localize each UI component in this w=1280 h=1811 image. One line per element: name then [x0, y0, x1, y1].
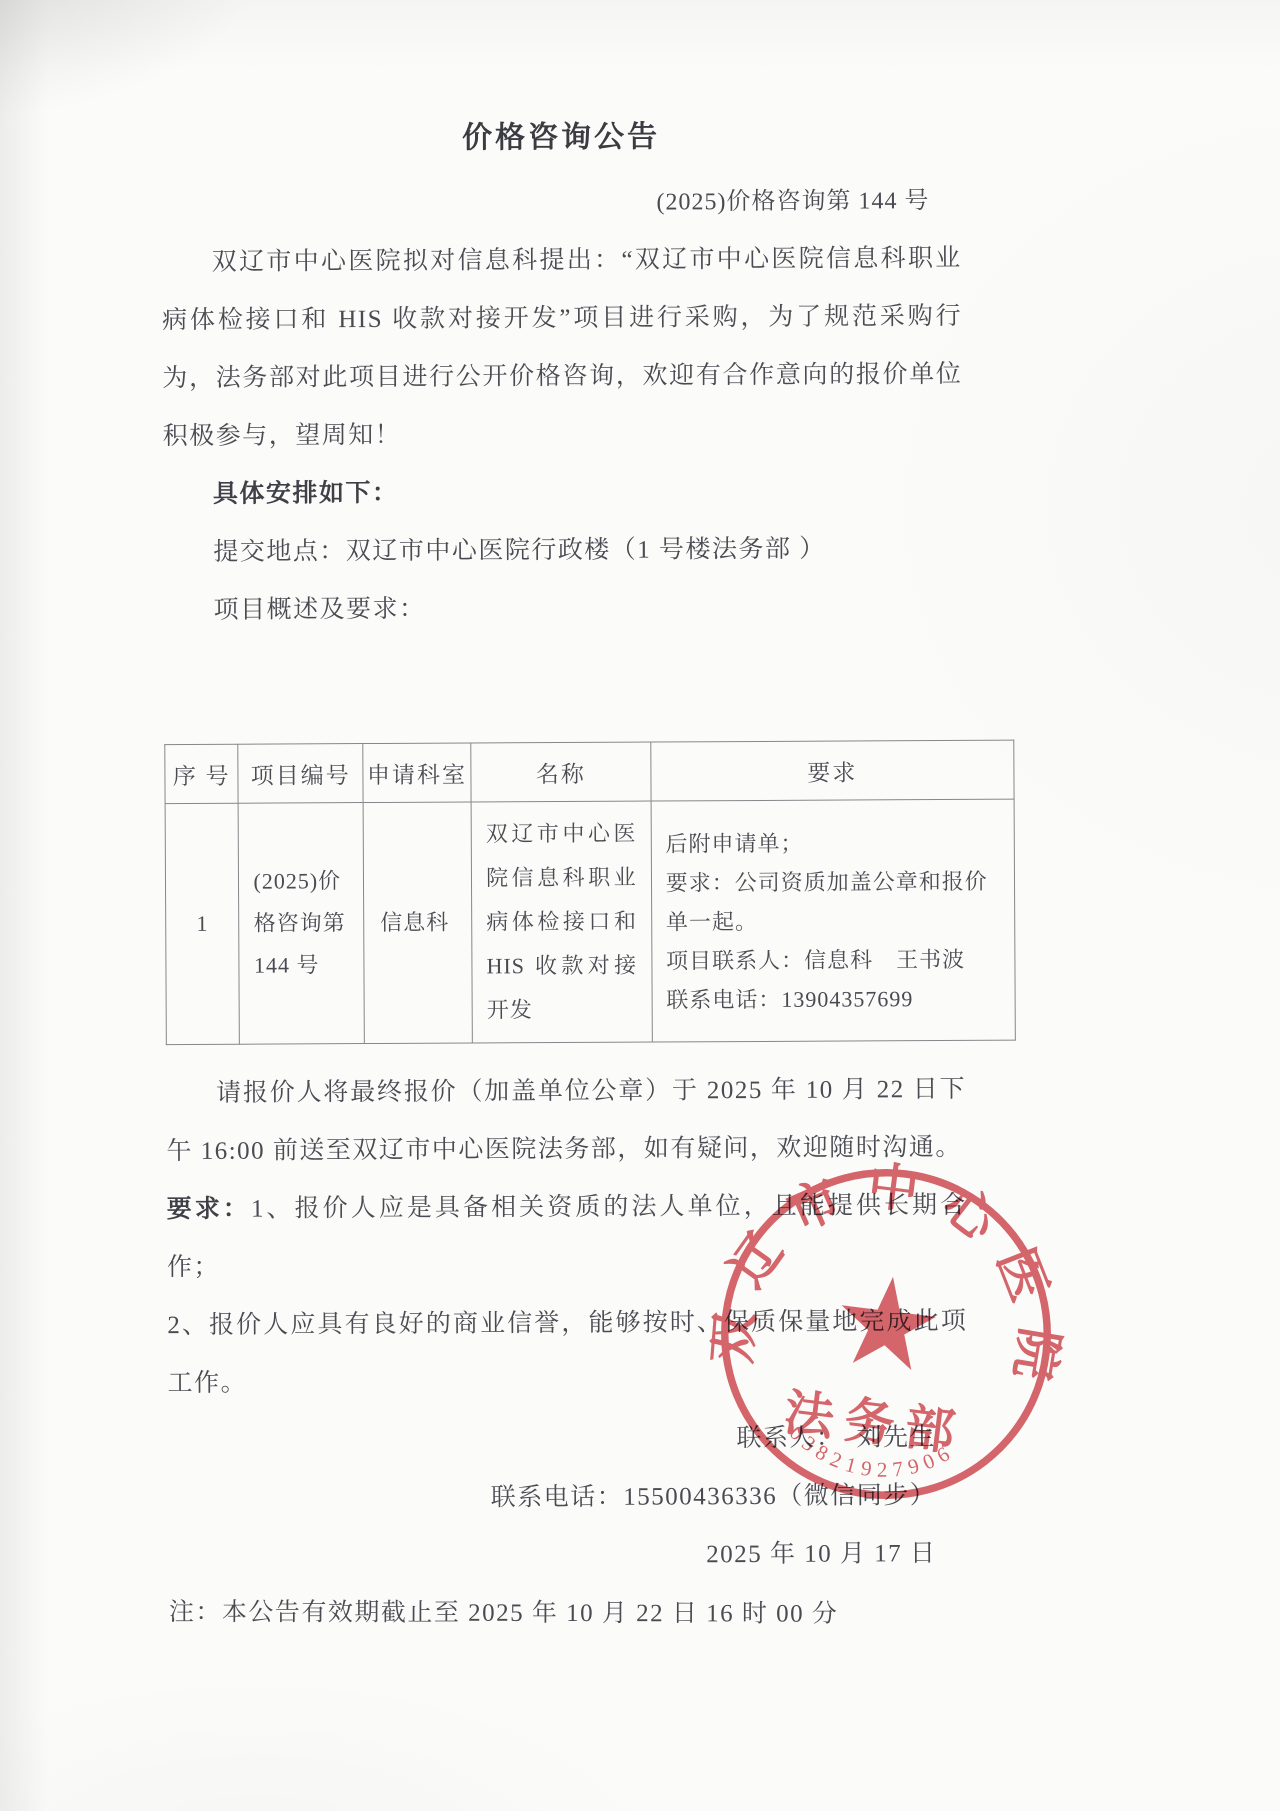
table-header-row: 序 号 项目编号 申请科室 名称 要求: [165, 740, 1014, 803]
validity-note: 注：本公告有效期截止至 2025 年 10 月 22 日 16 时 00 分: [169, 1584, 969, 1644]
requirement-line: 要求：公司资质加盖公章和报价单一起。: [666, 861, 1007, 941]
contact-person-line: 联系人： 刘先生: [168, 1409, 968, 1471]
cell-department: 信息科: [363, 802, 472, 1044]
requirement-2-line: 2、报价人应具有良好的商业信誉，能够按时、保质保量地完成此项工作。: [167, 1293, 968, 1413]
requirement-line: 后附申请单；: [665, 822, 1005, 863]
submit-location-line: 提交地点：双辽市中心医院行政楼（1 号楼法务部 ）: [163, 520, 963, 582]
requirement-line: 联系电话：13904357699: [666, 978, 1006, 1019]
header-project-no: 项目编号: [238, 744, 363, 804]
intro-paragraph: 双辽市中心医院拟对信息科提出：“双辽市中心医院信息科职业病体检接口和 HIS 收…: [162, 230, 963, 466]
requirement-line: 项目联系人：信息科 王书波: [666, 939, 1006, 980]
contact-phone-line: 联系电话：15500436336（微信同步）: [168, 1467, 968, 1529]
cell-seq: 1: [165, 803, 240, 1044]
cell-project-no: (2025)价格咨询第 144 号: [239, 803, 365, 1045]
cell-name: 双辽市中心医院信息科职业病体检接口和 HIS 收款对接开发: [471, 801, 652, 1043]
issue-date-line: 2025 年 10 月 17 日: [168, 1525, 968, 1587]
project-table: 序 号 项目编号 申请科室 名称 要求 1 (2025)价格咨询第 144 号 …: [164, 740, 1016, 1045]
scanned-document-page: 价格咨询公告 (2025)价格咨询第 144 号 双辽市中心医院拟对信息科提出：…: [0, 0, 1280, 1811]
requirement-1-line: 要求：1、报价人应是具备相关资质的法人单位，且能提供长期合作；: [167, 1177, 968, 1297]
closing-paragraph: 请报价人将最终报价（加盖单位公章）于 2025 年 10 月 22 日下午 16…: [166, 1061, 967, 1181]
cell-requirements: 后附申请单； 要求：公司资质加盖公章和报价单一起。 项目联系人：信息科 王书波 …: [651, 799, 1016, 1042]
header-department: 申请科室: [363, 743, 471, 803]
table-row: 1 (2025)价格咨询第 144 号 信息科 双辽市中心医院信息科职业病体检接…: [165, 799, 1015, 1044]
document-number: (2025)价格咨询第 144 号: [161, 172, 961, 234]
requirement-label: 要求：: [167, 1196, 251, 1223]
header-requirements: 要求: [650, 740, 1014, 801]
header-name: 名称: [471, 742, 651, 802]
page-title: 价格咨询公告: [161, 116, 961, 160]
requirement-1-text: 1、报价人应是具备相关资质的法人单位，且能提供长期合作；: [167, 1192, 967, 1281]
document-content: 价格咨询公告 (2025)价格咨询第 144 号 双辽市中心医院拟对信息科提出：…: [161, 116, 969, 1645]
header-seq: 序 号: [165, 744, 239, 803]
overview-heading: 项目概述及要求：: [163, 578, 963, 640]
arrangement-heading: 具体安排如下：: [163, 462, 963, 524]
